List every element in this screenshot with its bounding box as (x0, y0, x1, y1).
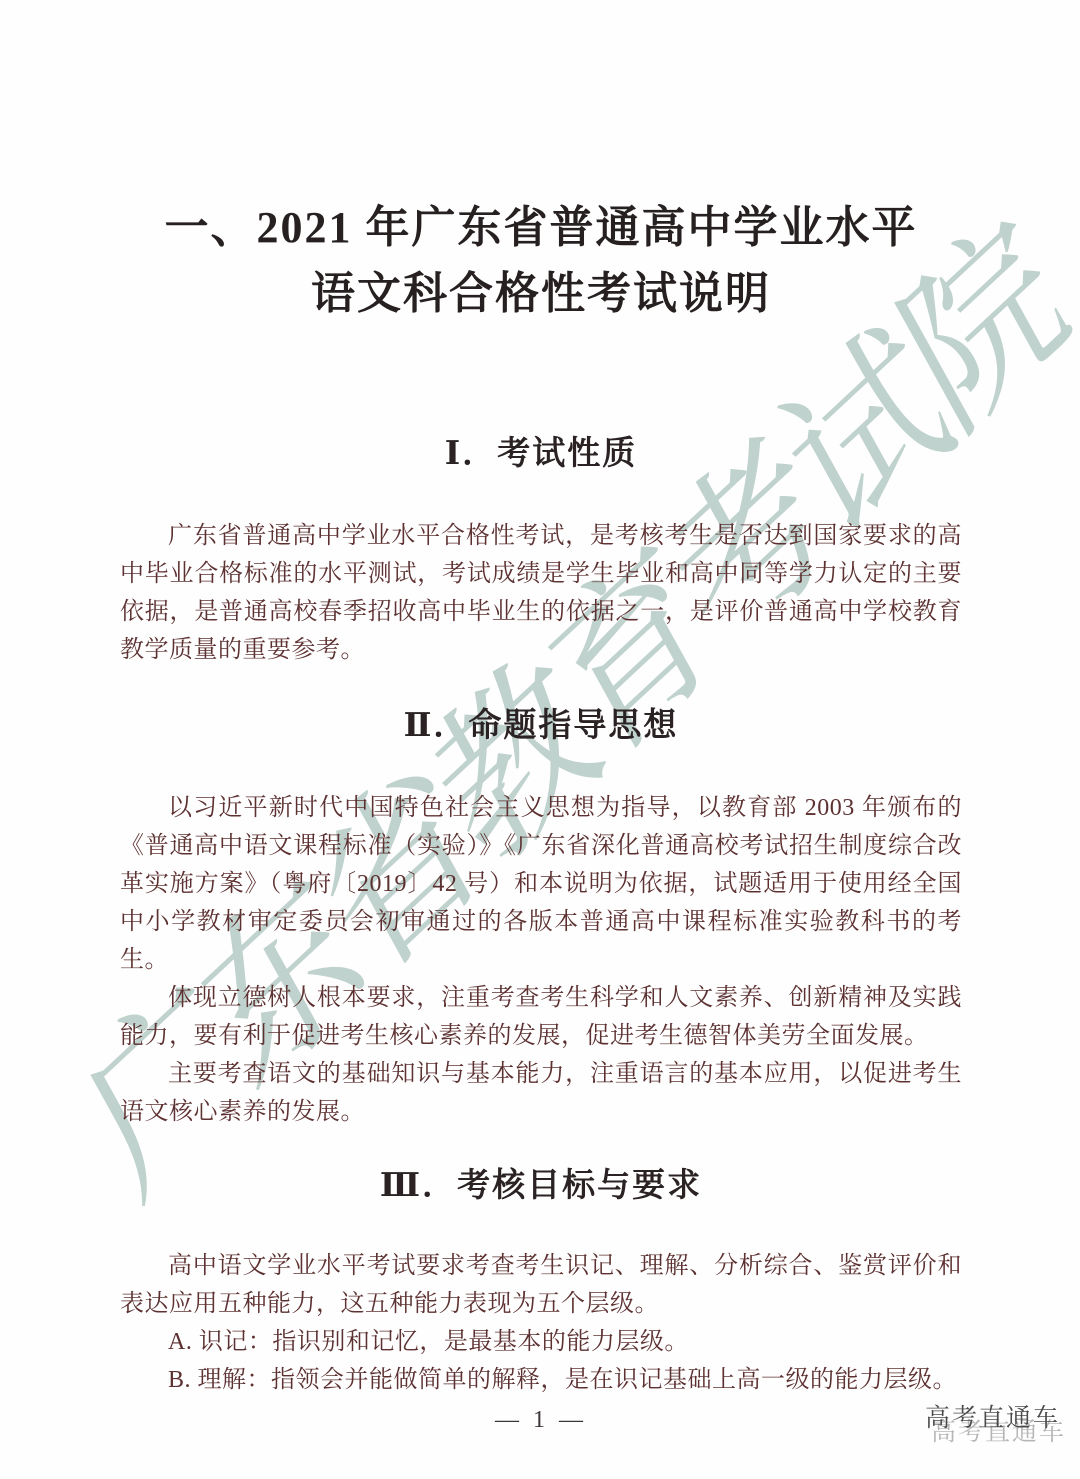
paragraph-assessment-intro: 高中语文学业水平考试要求考查考生识记、理解、分析综合、鉴赏评价和表达应用五种能力… (120, 1247, 962, 1323)
document-title-line-1: 一、2021 年广东省普通高中学业水平 (120, 195, 962, 261)
document-title-line-2: 语文科合格性考试说明 (120, 261, 962, 327)
paragraph-guiding-ideology-2: 体现立德树人根本要求，注重考查考生科学和人文素养、创新精神及实践能力，要有利于促… (120, 979, 962, 1055)
section-heading-exam-nature: Ⅰ．考试性质 (120, 431, 962, 477)
paragraph-exam-nature: 广东省普通高中学业水平合格性考试，是考核考生是否达到国家要求的高中毕业合格标准的… (120, 517, 962, 669)
document-content: 一、2021 年广东省普通高中学业水平 语文科合格性考试说明 Ⅰ．考试性质 广东… (120, 0, 962, 1434)
list-item-ability-b: B. 理解：指领会并能做简单的解释，是在识记基础上高一级的能力层级。 (120, 1361, 962, 1399)
corner-brand-watermark: 高考直通车 高考直通车 (896, 1396, 1066, 1456)
section-heading-guiding-ideology: Ⅱ．命题指导思想 (120, 703, 962, 749)
corner-brand-front-text: 高考直通车 (925, 1398, 1060, 1434)
paragraph-guiding-ideology-1: 以习近平新时代中国特色社会主义思想为指导，以教育部 2003 年颁布的《普通高中… (120, 789, 962, 979)
paragraph-guiding-ideology-3: 主要考查语文的基础知识与基本能力，注重语言的基本应用，以促进考生语文核心素养的发… (120, 1055, 962, 1131)
document-page: 广东省教育考试院 一、2021 年广东省普通高中学业水平 语文科合格性考试说明 … (0, 0, 1080, 1479)
section-heading-assessment-targets: Ⅲ．考核目标与要求 (120, 1163, 962, 1209)
document-title: 一、2021 年广东省普通高中学业水平 语文科合格性考试说明 (120, 0, 962, 327)
page-number: — 1 — (120, 1407, 962, 1434)
list-item-ability-a: A. 识记：指识别和记忆，是最基本的能力层级。 (120, 1323, 962, 1361)
